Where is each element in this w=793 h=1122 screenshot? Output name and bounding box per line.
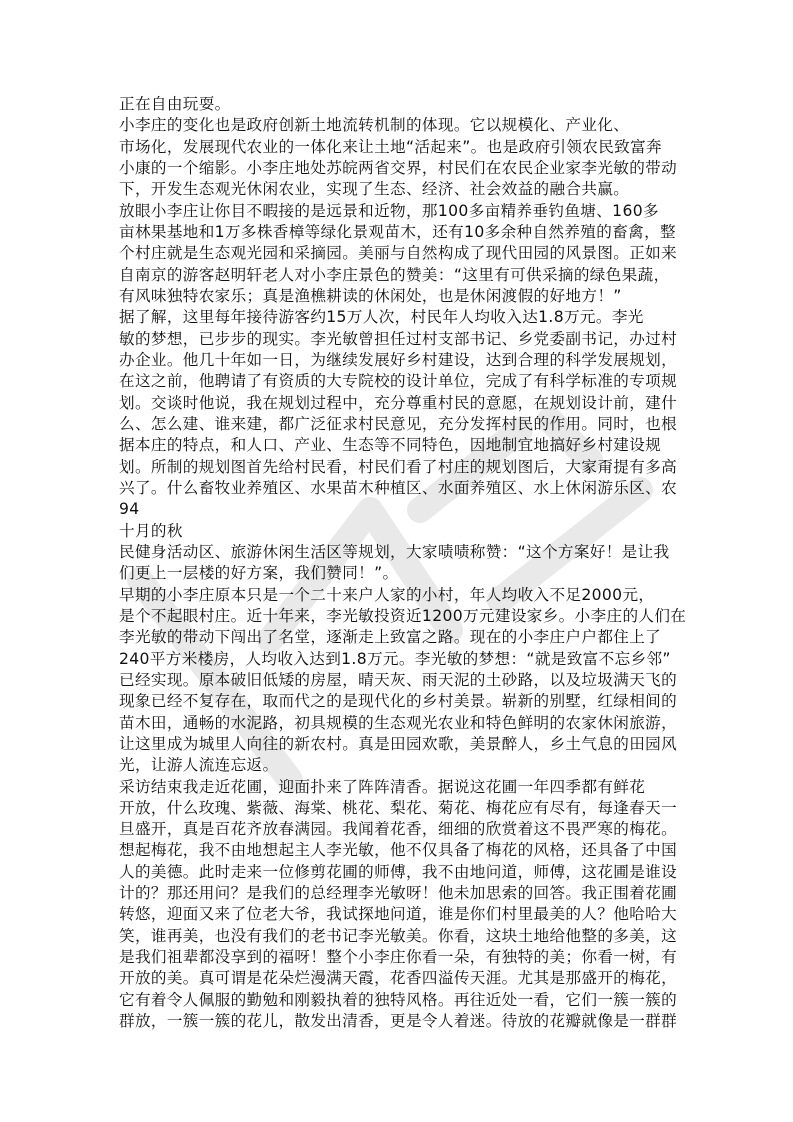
text-line: 么、怎么建、谁来建，都广泛征求村民意见，充分发挥村民的作用。同时，也根 [119, 414, 684, 435]
text-line: 放眼小李庄让你目不暇接的是远景和近物，那100多亩精养垂钓鱼塘、160多 [119, 201, 684, 222]
text-line [119, 1032, 684, 1053]
text-line: 现象已经不复存在，取而代之的是现代化的乡村美景。崭新的别墅，红绿相间的 [119, 691, 684, 712]
text-line: 们更上一层楼的好方案，我们赞同！”。 [119, 563, 684, 584]
text-line: 据了解，这里每年接待游客约15万人次，村民年人均收入达1.8万元。李光 [119, 307, 684, 328]
text-line: 苗木田，通畅的水泥路，初具规模的生态观光农业和特色鲜明的农家休闲旅游， [119, 713, 684, 734]
text-line: 笑，谁再美，也没有我们的老书记李光敏美。你看，这块土地给他整的多美，这 [119, 926, 684, 947]
text-line: 人的美德。此时走来一位修剪花圃的师傅，我不由地问道，师傅，这花圃是谁设 [119, 862, 684, 883]
text-line: 旦盛开，真是百花齐放春满园。我闻着花香，细细的欣赏着这不畏严寒的梅花。 [119, 819, 684, 840]
text-line: 群放，一簇一簇的花儿，散发出清香，更是令人着迷。待放的花瓣就像是一群群 [119, 1011, 684, 1032]
text-line: 有风味独特农家乐；真是渔樵耕读的休闲处，也是休闲渡假的好地方！” [119, 286, 684, 307]
text-line: 开放的美。真可谓是花朵烂漫满天霞，花香四溢传天涯。尤其是那盛开的梅花， [119, 968, 684, 989]
text-line: 敏的梦想，已步步的现实。李光敏曾担任过村支部书记、乡党委副书记，办过村 [119, 329, 684, 350]
text-line: 是我们祖辈都没享到的福呀！整个小李庄你看一朵，有独特的美；你看一树，有 [119, 947, 684, 968]
text-line: 240平方米楼房，人均收入达到1.8万元。李光敏的梦想：“就是致富不忘乡邻” [119, 649, 684, 670]
text-line: 光，让游人流连忘返。 [119, 755, 684, 776]
text-line: 采访结束我走近花圃，迎面扑来了阵阵清香。据说这花圃一年四季都有鲜花 [119, 777, 684, 798]
text-line: 下，开发生态观光休闲农业，实现了生态、经济、社会效益的融合共赢。 [119, 179, 684, 200]
text-line: 市场化，发展现代农业的一体化来让土地“活起来”。也是政府引领农民致富奔 [119, 137, 684, 158]
text-line: 让这里成为城里人向往的新农村。真是田园欢歌，美景醉人，乡土气息的田园风 [119, 734, 684, 755]
text-line: 小李庄的变化也是政府创新土地流转机制的体现。它以规模化、产业化、 [119, 115, 684, 136]
text-line: 兴了。什么畜牧业养殖区、水果苗木种植区、水面养殖区、水上休闲游乐区、农 [119, 478, 684, 499]
text-line: 在这之前，他聘请了有资质的大专院校的设计单位，完成了有科学标准的专项规 [119, 371, 684, 392]
body-text: 正在自由玩耍。 小李庄的变化也是政府创新土地流转机制的体现。它以规模化、产业化、… [119, 94, 684, 1054]
running-header: 十月的秋 [119, 521, 684, 542]
text-line: 亩林果基地和1万多株香樟等绿化景观苗木，还有10多余种自然养殖的畜禽，整 [119, 222, 684, 243]
text-line: 开放，什么玫瑰、紫薇、海棠、桃花、梨花、菊花、梅花应有尽有，每逢春天一 [119, 798, 684, 819]
text-line: 李光敏的带动下闯出了名堂，逐渐走上致富之路。现在的小李庄户户都住上了 [119, 627, 684, 648]
page-number: 94 [119, 499, 684, 520]
text-line: 民健身活动区、旅游休闲生活区等规划，大家啧啧称赞：“这个方案好！是让我 [119, 542, 684, 563]
text-line: 自南京的游客赵明轩老人对小李庄景色的赞美：“这里有可供采摘的绿色果蔬， [119, 265, 684, 286]
text-line: 已经实现。原本破旧低矮的房屋，晴天灰、雨天泥的土砂路，以及垃圾满天飞的 [119, 670, 684, 691]
text-line: 早期的小李庄原本只是一个二十来户人家的小村，年人均收入不足2000元， [119, 585, 684, 606]
text-line: 划。所制的规划图首先给村民看，村民们看了村庄的规划图后，大家甭提有多高 [119, 457, 684, 478]
text-line: 据本庄的特点，和人口、产业、生态等不同特色，因地制宜地搞好乡村建设规 [119, 435, 684, 456]
text-line: 计的？那还用问？是我们的总经理李光敏呀！他未加思索的回答。我正围着花圃 [119, 883, 684, 904]
text-line: 办企业。他几十年如一日，为继续发展好乡村建设，达到合理的科学发展规划， [119, 350, 684, 371]
text-line: 小康的一个缩影。小李庄地处苏皖两省交界，村民们在农民企业家李光敏的带动 [119, 158, 684, 179]
text-line: 是个不起眼村庄。近十年来，李光敏投资近1200万元建设家乡。小李庄的人们在 [119, 606, 684, 627]
text-line: 个村庄就是生态观光园和采摘园。美丽与自然构成了现代田园的风景图。正如来 [119, 243, 684, 264]
text-line: 转悠，迎面又来了位老大爷，我试探地问道，谁是你们村里最美的人？他哈哈大 [119, 904, 684, 925]
text-line: 它有着令人佩服的勤勉和刚毅执着的独特风格。再往近处一看，它们一簇一簇的 [119, 990, 684, 1011]
text-line: 想起梅花，我不由地想起主人李光敏，他不仅具备了梅花的风格，还具备了中国 [119, 840, 684, 861]
text-line: 划。交谈时他说，我在规划过程中，充分尊重村民的意愿，在规划设计前，建什 [119, 393, 684, 414]
text-line: 正在自由玩耍。 [119, 94, 684, 115]
document-page: 正在自由玩耍。 小李庄的变化也是政府创新土地流转机制的体现。它以规模化、产业化、… [0, 0, 793, 1122]
